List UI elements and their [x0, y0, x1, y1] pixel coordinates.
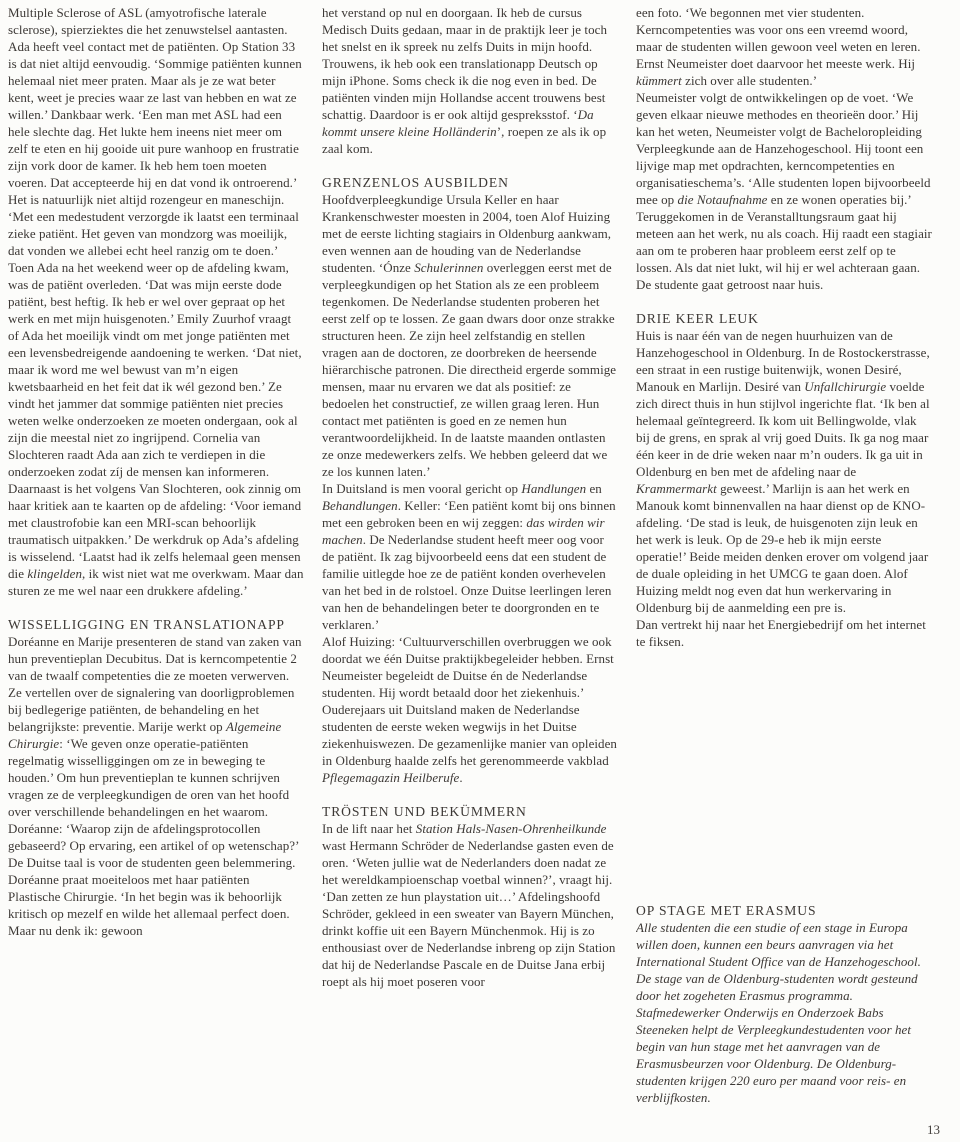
- section-heading: DRIE KEER LEUK: [636, 310, 932, 327]
- section-heading: OP STAGE MET ERASMUS: [636, 902, 932, 919]
- paragraph: In Duitsland is men vooral gericht op Ha…: [322, 480, 618, 633]
- paragraph: Huis is naar één van de negen huurhuizen…: [636, 327, 932, 616]
- paragraph: Multiple Sclerose of ASL (amyotrofische …: [8, 4, 304, 599]
- paragraph: Dan vertrekt hij naar het Energiebedrijf…: [636, 616, 932, 650]
- magazine-page: Multiple Sclerose of ASL (amyotrofische …: [0, 0, 960, 1142]
- text-column-1: Multiple Sclerose of ASL (amyotrofische …: [8, 4, 304, 1106]
- section-heading: WISSELLIGGING EN TRANSLATIONAPP: [8, 616, 304, 633]
- section-heading: TRÖSTEN UND BEKÜMMERN: [322, 803, 618, 820]
- page-number: 13: [927, 1122, 940, 1138]
- paragraph: De Duitse taal is voor de studenten geen…: [8, 854, 304, 939]
- paragraph: Doréanne en Marije presenteren de stand …: [8, 633, 304, 854]
- paragraph: Alle studenten die een studie of een sta…: [636, 919, 932, 1106]
- text-columns: Multiple Sclerose of ASL (amyotrofische …: [8, 4, 932, 1106]
- section-heading: GRENZENLOS AUSBILDEN: [322, 174, 618, 191]
- text-column-2: het verstand op nul en doorgaan. Ik heb …: [322, 4, 618, 1106]
- paragraph: een foto. ‘We begonnen met vier studente…: [636, 4, 932, 89]
- column-gap: [636, 650, 932, 885]
- paragraph: Alof Huizing: ‘Cultuurverschillen overbr…: [322, 633, 618, 786]
- text-column-3: een foto. ‘We begonnen met vier studente…: [636, 4, 932, 1106]
- paragraph: Hoofdverpleegkundige Ursula Keller en ha…: [322, 191, 618, 480]
- paragraph: het verstand op nul en doorgaan. Ik heb …: [322, 4, 618, 157]
- paragraph: Neumeister volgt de ontwikkelingen op de…: [636, 89, 932, 293]
- paragraph: In de lift naar het Station Hals-Nasen-O…: [322, 820, 618, 990]
